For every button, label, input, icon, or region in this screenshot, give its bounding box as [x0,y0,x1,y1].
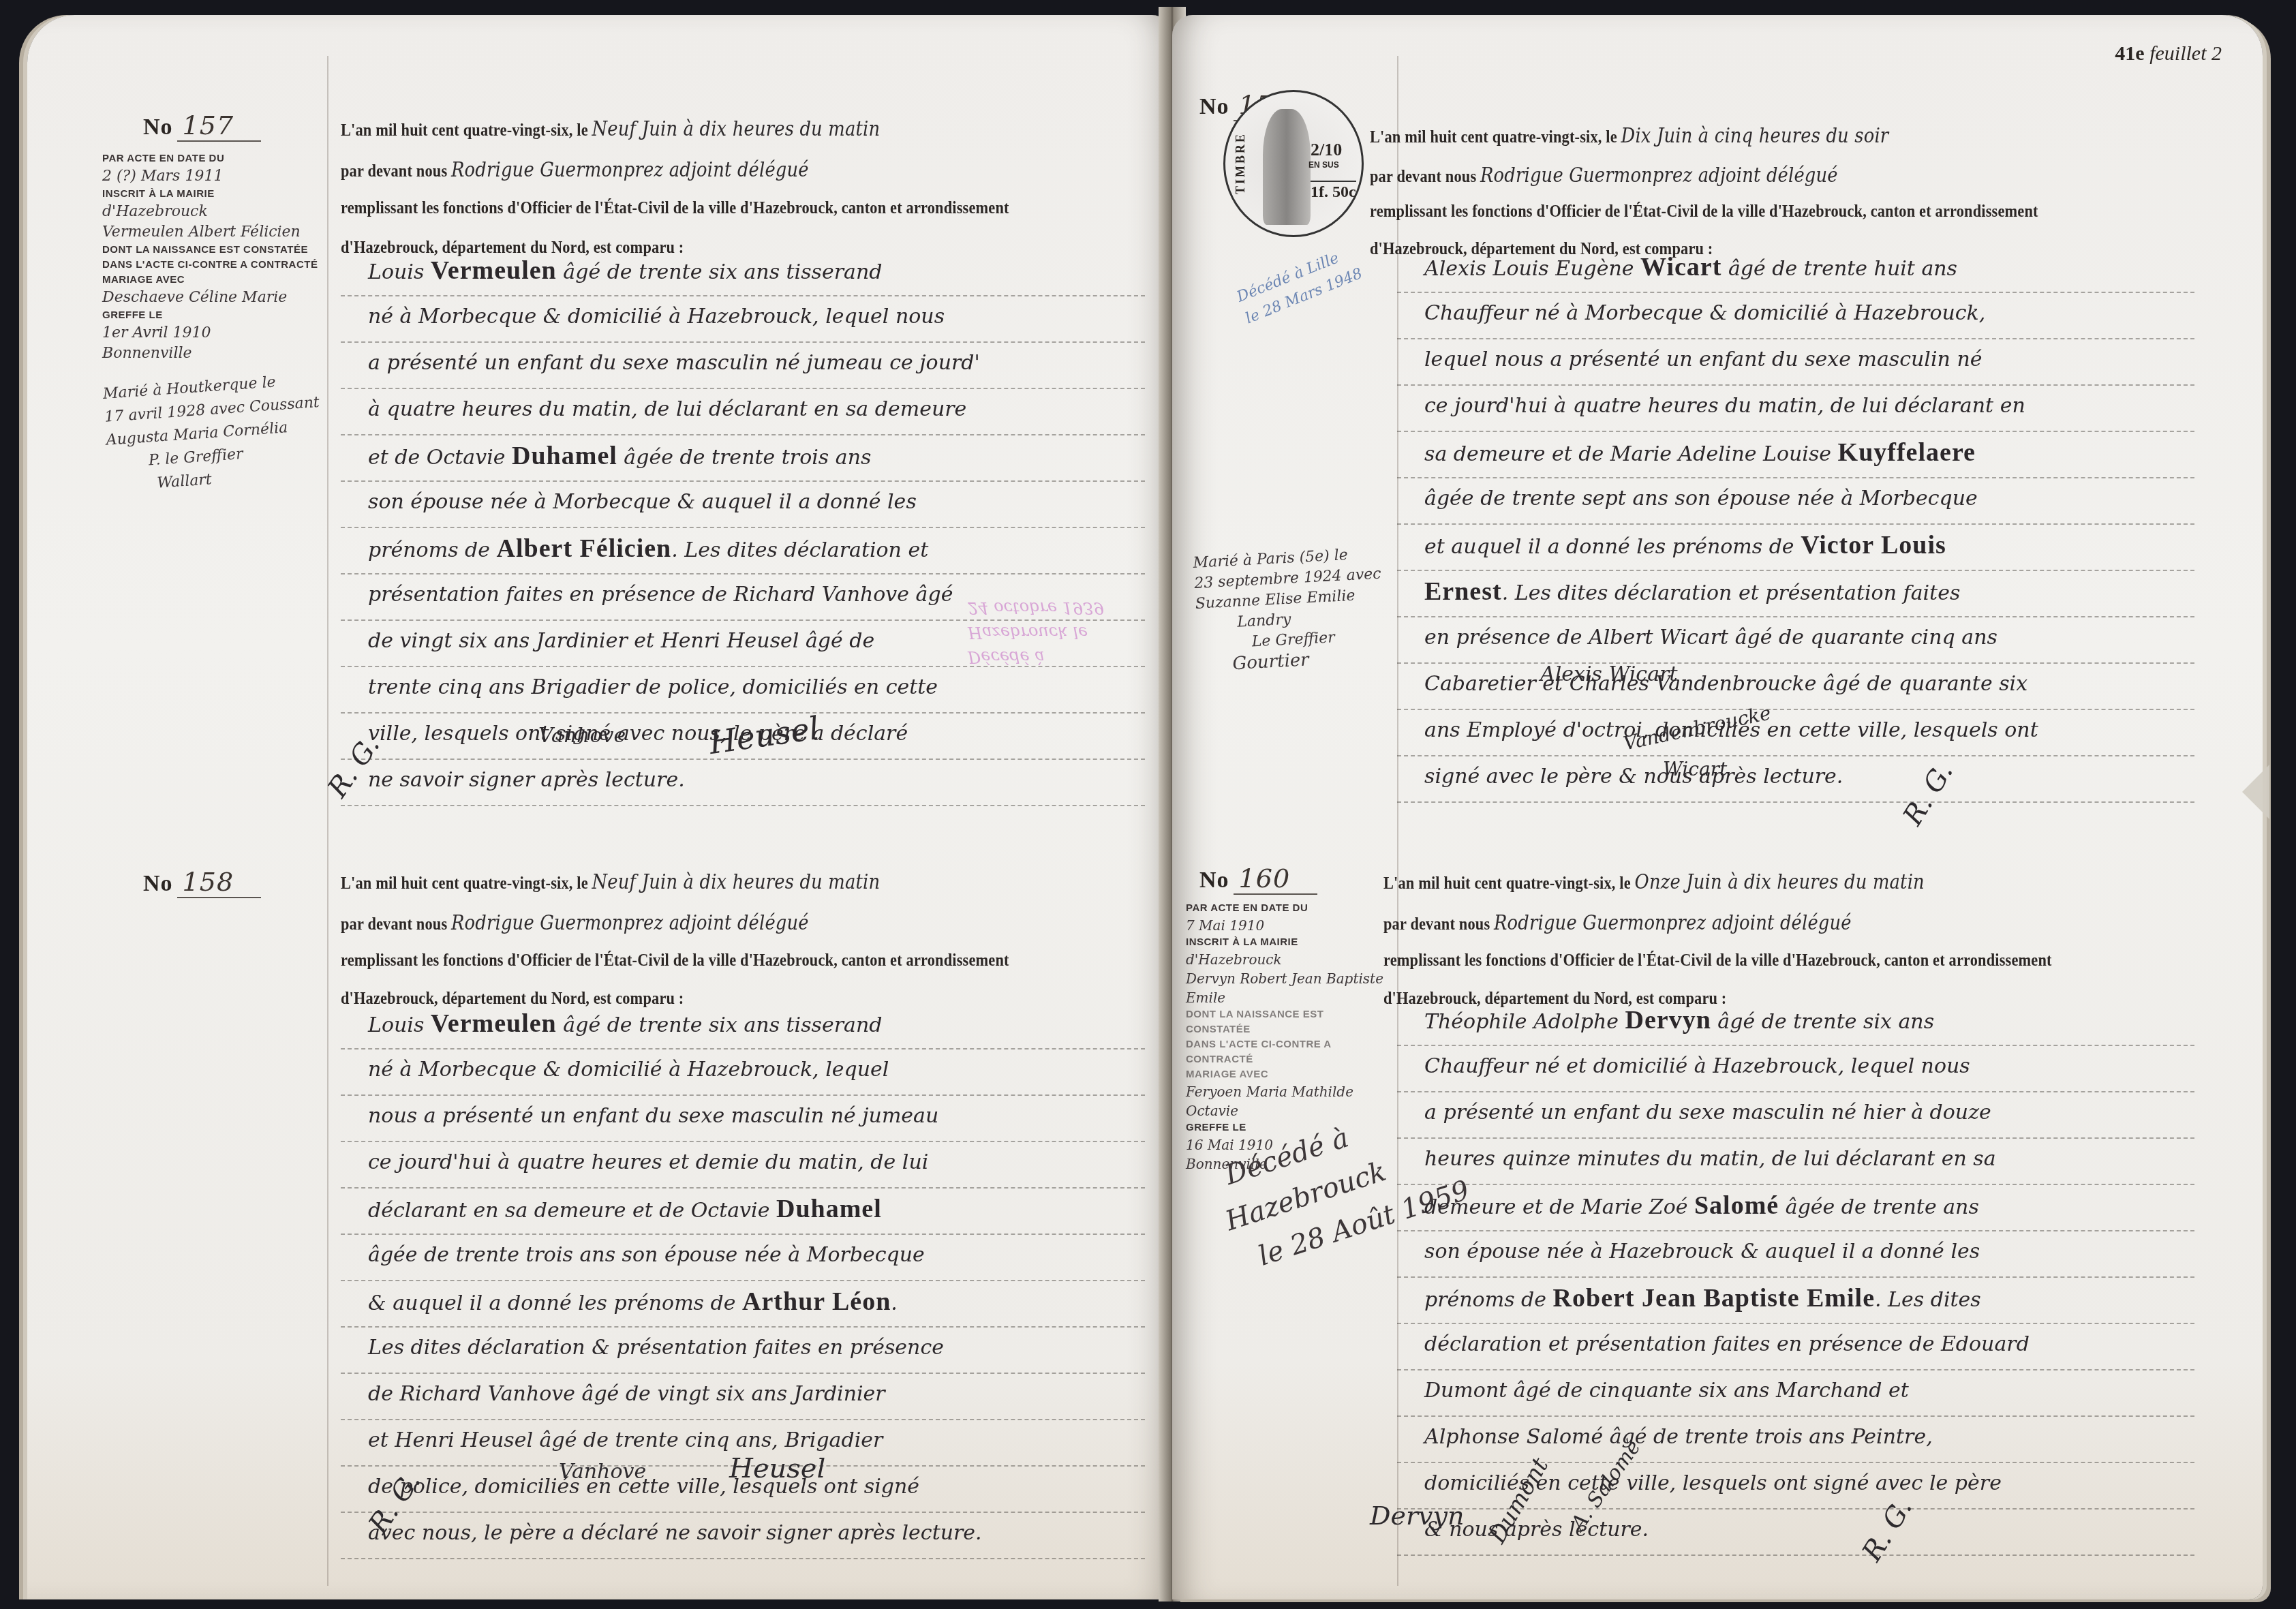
handwritten-date: Onze Juin à dix heures du matin [1635,870,1925,894]
printed-preamble-1: L'an mil huit cent quatre-vingt-six, le … [341,117,880,141]
body-line: à quatre heures du matin, de lui déclara… [341,389,1145,435]
emphasized-name: Duhamel [776,1195,882,1223]
printed-preamble-1: L'an mil huit cent quatre-vingt-six, le … [341,870,880,894]
body-line: signé avec le père & nous après lecture. [1397,756,2194,803]
signature-wicart: Wicart [1663,758,1727,780]
body-line: a présenté un enfant du sexe masculin né… [1397,1092,2194,1139]
handwritten-officer: Rodrigue Guermonprez adjoint délégué [451,158,809,182]
body-line: Alexis Louis Eugène Wicart âgé de trente… [1397,247,2194,293]
handwritten-date: Neuf Juin à dix heures du matin [592,870,881,894]
body-line: avec nous, le père a déclaré ne savoir s… [341,1513,1145,1559]
body-line: lequel nous a présenté un enfant du sexe… [1397,339,2194,386]
violet-death-note: Décédé à Hazebrouck le 24 octobre 1939 [968,596,1104,669]
body-line: son épouse née à Hazebrouck & auquel il … [1397,1231,2194,1278]
body-line: Chauffeur né à Morbecque & domicilié à H… [1397,293,2194,339]
body-line: né à Morbecque & domicilié à Hazebrouck,… [341,296,1145,343]
handwritten-officer: Rodrigue Guermonprez adjoint délégué [1494,911,1852,935]
handwritten-officer: Rodrigue Guermonprez adjoint délégué [1480,164,1838,187]
body-line: ce jourd'hui à quatre heures et demie du… [341,1142,1145,1189]
emphasized-name: Ernest [1424,577,1502,606]
body-line: son épouse née à Morbecque & auquel il a… [341,482,1145,528]
signature-vanhove: Vanhove [538,724,626,748]
entry-157: No157 Par acte en date du 2 (?) Mars 191… [27,15,1172,833]
entry-160: No160 Par acte en date du 7 Mai 1910 Ins… [1172,833,2263,1582]
marriage-annotation: Marié à Houtkerque le 17 avril 1928 avec… [102,366,355,499]
left-page: No157 Par acte en date du 2 (?) Mars 191… [27,15,1172,1599]
body-line: âgée de trente trois ans son épouse née … [341,1235,1145,1281]
body-line: et de Octavie Duhamel âgée de trente tro… [341,435,1145,482]
body-line: en présence de Albert Wicart âgé de quar… [1397,617,2194,664]
body-line: prénoms de Albert Félicien. Les dites dé… [341,528,1145,574]
printed-preamble-3: remplissant les fonctions d'Officier de … [341,198,1009,218]
emphasized-name: Robert Jean Baptiste Emile [1553,1284,1875,1313]
entry-159: No159 TIMBRE 2/10 EN SUS 1f. 50c Décédé … [1172,15,2263,833]
emphasized-name: Arthur Léon [742,1287,891,1316]
printed-preamble-1: L'an mil huit cent quatre-vingt-six, le … [1383,870,1925,894]
right-page: 41e feuillet 2 No159 TIMBRE 2/10 EN SUS … [1172,15,2263,1599]
signature-vanhove: Vanhove [559,1460,646,1484]
entry-number-value: 160 [1234,863,1318,895]
printed-preamble-2: par devant nous Rodrigue Guermonprez adj… [1383,911,1852,935]
body-line: déclaration et présentation faites en pr… [1397,1324,2194,1370]
body-line: Chauffeur né et domicilié à Hazebrouck, … [1397,1046,2194,1092]
handwritten-date: Neuf Juin à dix heures du matin [592,117,881,141]
body-line: prénoms de Robert Jean Baptiste Emile. L… [1397,1278,2194,1324]
page-tab [2242,765,2269,819]
body-line: de Richard Vanhove âgé de vingt six ans … [341,1374,1145,1420]
body-line: Louis Vermeulen âgé de trente six ans ti… [341,250,1145,296]
printed-preamble-2: par devant nous Rodrigue Guermonprez adj… [1370,164,1838,187]
body-line: a présenté un enfant du sexe masculin né… [341,343,1145,389]
entry-158: No158 L'an mil huit cent quatre-vingt-si… [27,833,1172,1582]
body-line: Théophile Adolphe Dervyn âgé de trente s… [1397,1000,2194,1046]
emphasized-name: Salomé [1694,1191,1779,1220]
printed-preamble-2: par devant nous Rodrigue Guermonprez adj… [341,158,809,182]
emphasized-name: Dervyn [1625,1006,1711,1035]
body-line: Louis Vermeulen âgé de trente six ans ti… [341,1003,1145,1049]
body-line: Ernest. Les dites déclaration et présent… [1397,571,2194,617]
marriage-annotation: Marié à Paris (5e) le 23 septembre 1924 … [1193,542,1403,675]
handwritten-officer: Rodrigue Guermonprez adjoint délégué [451,911,809,935]
emphasized-name: Kuyffelaere [1838,438,1976,467]
body-line: né à Morbecque & domicilié à Hazebrouck,… [341,1049,1145,1096]
marriage-stamp: Par acte en date du 2 (?) Mars 1911 Insc… [102,151,327,364]
body-line: déclarant en sa demeure et de Octavie Du… [341,1189,1145,1235]
emphasized-name: Albert Félicien [497,534,672,563]
body-line: Dumont âgé de cinquante six ans Marchand… [1397,1370,2194,1417]
body-line: ans Employé d'octroi, domiciliés en cett… [1397,710,2194,756]
emphasized-name: Vermeulen [431,256,557,285]
entry-number: No158 [143,867,261,897]
entry-body: Théophile Adolphe Dervyn âgé de trente s… [1397,1000,2194,1559]
emphasized-name: Duhamel [512,442,617,470]
entry-body: Alexis Louis Eugène Wicart âgé de trente… [1397,247,2194,806]
body-line: Les dites déclaration & présentation fai… [341,1328,1145,1374]
printed-preamble-2: par devant nous Rodrigue Guermonprez adj… [341,911,809,935]
body-line: et auquel il a donné les prénoms de Vict… [1397,525,2194,571]
body-line: âgée de trente sept ans son épouse née à… [1397,478,2194,525]
signature-dervyn: Dervyn [1370,1501,1465,1531]
body-line: & auquel il a donné les prénoms de Arthu… [341,1281,1145,1328]
printed-preamble-3: remplissant les fonctions d'Officier de … [341,950,1009,970]
emphasized-name: Wicart [1640,253,1721,281]
signature-father: Alexis Wicart [1540,662,1677,686]
entry-number-value: 157 [177,110,262,142]
printed-preamble-3: remplissant les fonctions d'Officier de … [1370,201,2038,221]
body-line: ce jourd'hui à quatre heures du matin, d… [1397,386,2194,432]
handwritten-date: Dix Juin à cinq heures du soir [1621,124,1889,148]
blue-death-note: Décédé à Lille le 28 Mars 1948 [1234,241,1366,331]
body-line: nous a présenté un enfant du sexe mascul… [341,1096,1145,1142]
emphasized-name: Vermeulen [431,1009,557,1038]
entry-number: No160 [1199,863,1317,893]
printed-preamble-3: remplissant les fonctions d'Officier de … [1383,950,2052,970]
entry-number: No157 [143,110,261,140]
signature-heusel: Heusel [729,1453,825,1484]
body-line: demeure et de Marie Zoé Salomé âgée de t… [1397,1185,2194,1231]
body-line: trente cinq ans Brigadier de police, dom… [341,667,1145,714]
justice-figure-icon [1263,109,1311,225]
body-line: Cabaretier et Charles Vandenbroucke âgé … [1397,664,2194,710]
body-line: heures quinze minutes du matin, de lui d… [1397,1139,2194,1185]
body-line: sa demeure et de Marie Adeline Louise Ku… [1397,432,2194,478]
body-line: Alphonse Salomé âgé de trente trois ans … [1397,1417,2194,1463]
printed-preamble-1: L'an mil huit cent quatre-vingt-six, le … [1370,124,1888,148]
entry-number-value: 158 [177,867,262,898]
emphasized-name: Victor Louis [1801,531,1946,560]
revenue-stamp: TIMBRE 2/10 EN SUS 1f. 50c [1223,90,1364,237]
body-line: ne savoir signer après lecture. [341,760,1145,806]
